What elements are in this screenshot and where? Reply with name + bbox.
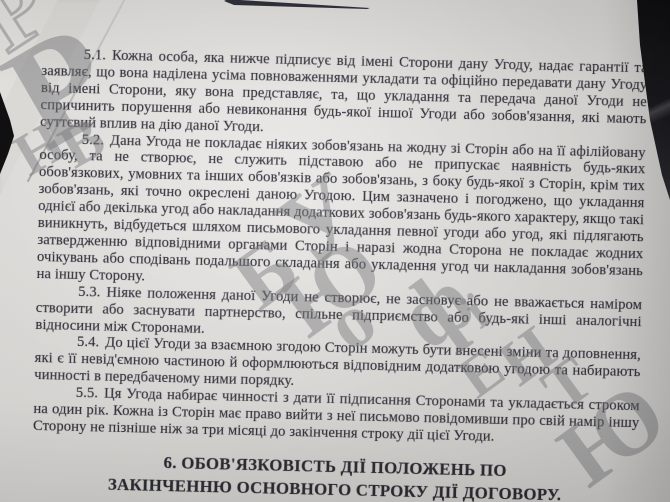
photo-frame: 5.1.Кожна особа, яка нижче підписує від …: [0, 0, 670, 502]
clause-number: 5.1.: [84, 47, 113, 64]
clause-body: Дана Угода не покладає ніяких зобов'язан…: [36, 132, 645, 284]
clause-number: 5.3.: [78, 284, 107, 301]
clause-body: Кожна особа, яка нижче підписує від імен…: [40, 48, 648, 135]
clause-number: 5.4.: [77, 334, 106, 351]
section-heading: 6. ОБОВ'ЯЗКОВІСТЬ ДІЇ ПОЛОЖЕНЬ ПО ЗАКІНЧ…: [31, 448, 638, 502]
clause-5-2: 5.2.Дана Угода не покладає ніяких зобов'…: [36, 131, 645, 297]
clause-number: 5.2.: [82, 131, 111, 148]
clause-number: 5.5.: [76, 385, 105, 402]
clause-5-1: 5.1.Кожна особа, яка нижче підписує від …: [40, 46, 648, 145]
document-text: 5.1.Кожна особа, яка нижче підписує від …: [31, 46, 647, 502]
